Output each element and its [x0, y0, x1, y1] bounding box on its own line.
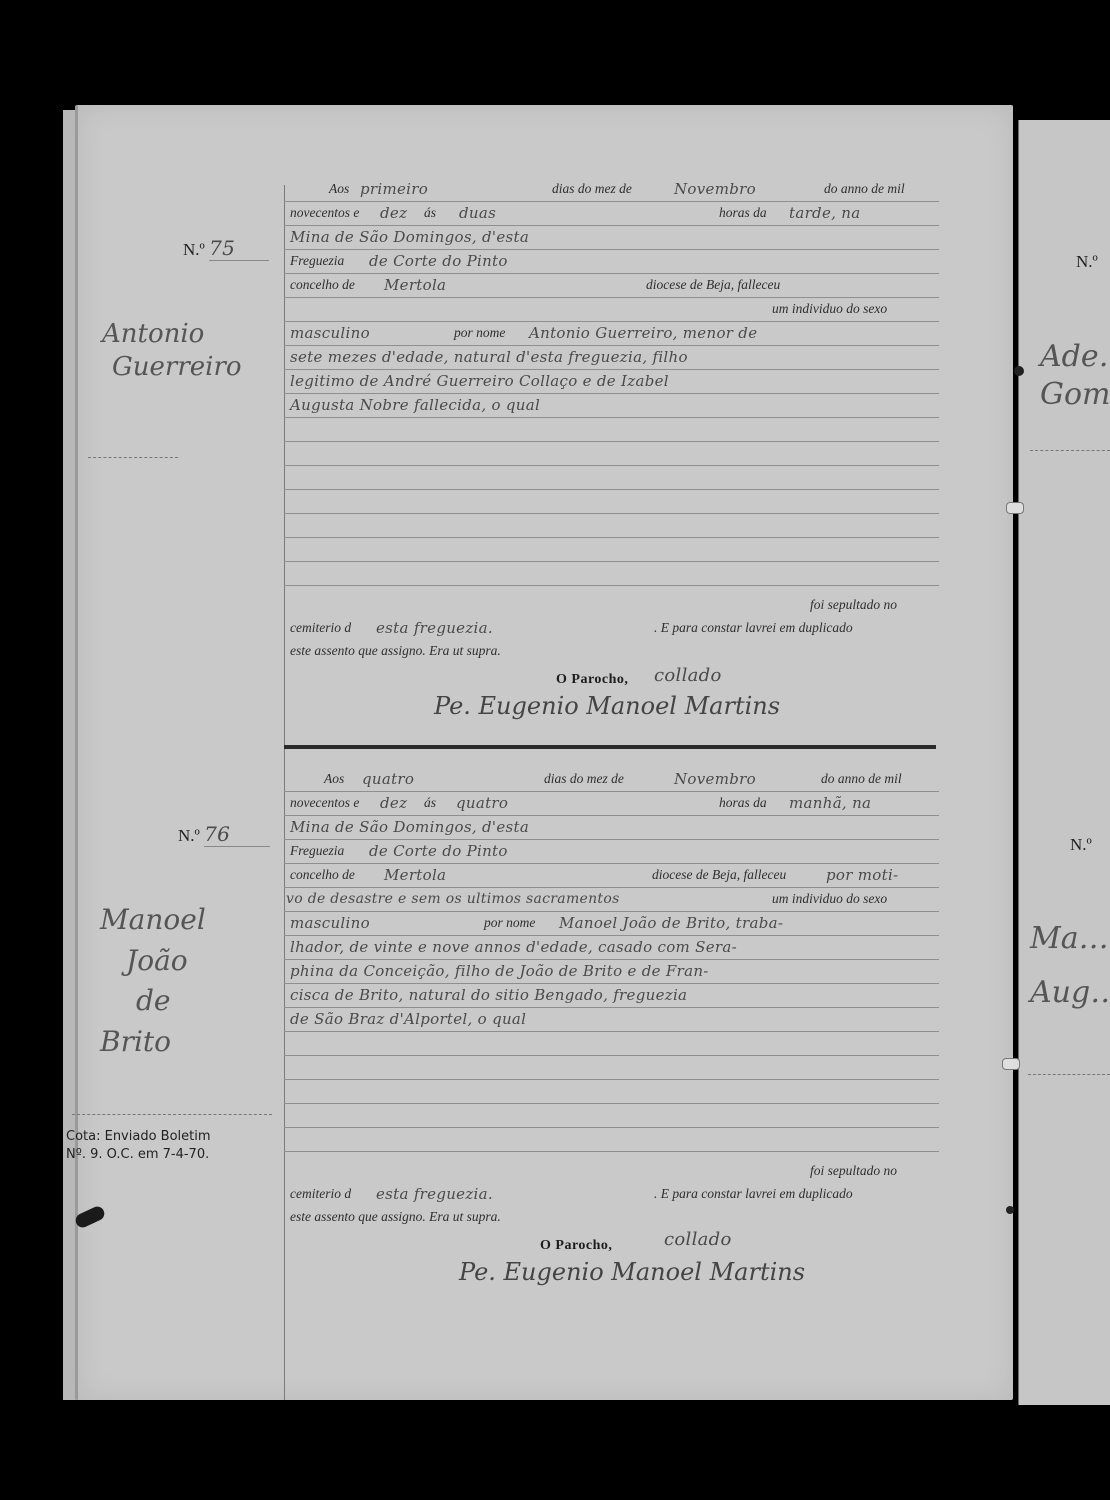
- death-record-76: Aos quatro dias do mez de Novembro do an…: [284, 768, 939, 1301]
- record-line: Mina de São Domingos, d'esta: [284, 226, 939, 250]
- record-line: foi sepultado no: [284, 1160, 939, 1183]
- facing-margin-name: Ade… Gom…: [1040, 338, 1110, 413]
- binding-tab: [1002, 1058, 1020, 1070]
- record-line: sete mezes d'edade, natural d'esta fregu…: [284, 346, 939, 370]
- record-line: masculino por nome Manoel João de Brito,…: [284, 912, 939, 936]
- blank-line: [284, 562, 939, 586]
- blank-line: [284, 538, 939, 562]
- record-line: novecentos e dez ás quatro horas da manh…: [284, 792, 939, 816]
- blank-line: [284, 514, 939, 538]
- parish-priest-signature: Pe. Eugenio Manoel Martins: [459, 1261, 805, 1283]
- record-line: Mina de São Domingos, d'esta: [284, 816, 939, 840]
- blank-line: [284, 1080, 939, 1104]
- blank-line: [284, 1104, 939, 1128]
- entry-divider: [284, 745, 936, 749]
- record-line: concelho de Mertola diocese de Beja, fal…: [284, 864, 939, 888]
- record-line: um individuo do sexo: [284, 298, 939, 322]
- record-line: foi sepultado no: [284, 594, 939, 617]
- record-line: este assento que assigno. Era ut supra.: [284, 640, 939, 663]
- binding-hole: [1014, 366, 1024, 376]
- blank-line: [284, 1032, 939, 1056]
- facing-page: [1018, 120, 1110, 1405]
- record-line: phina da Conceição, filho de João de Bri…: [284, 960, 939, 984]
- facing-number-label: N.º: [1070, 835, 1092, 855]
- record-line: este assento que assigno. Era ut supra.: [284, 1206, 939, 1229]
- wavy-separator: [1028, 1072, 1110, 1075]
- record-line: cemiterio d esta freguezia. . E para con…: [284, 1183, 939, 1206]
- blank-line: [284, 1056, 939, 1080]
- blank-line: [284, 490, 939, 514]
- record-line: Freguezia de Corte do Pinto: [284, 250, 939, 274]
- signature-line: Pe. Eugenio Manoel Martins: [284, 695, 939, 735]
- record-line: legitimo de André Guerreiro Collaço e de…: [284, 370, 939, 394]
- record-line: concelho de Mertola diocese de Beja, fal…: [284, 274, 939, 298]
- entry-number: N.º 75: [183, 236, 269, 261]
- wavy-separator: [72, 1112, 272, 1115]
- record-line: lhador, de vinte e nove annos d'edade, c…: [284, 936, 939, 960]
- record-line: Aos primeiro dias do mez de Novembro do …: [284, 178, 939, 202]
- record-line: cisca de Brito, natural do sitio Bengado…: [284, 984, 939, 1008]
- margin-name: Antonio Guerreiro: [102, 318, 242, 383]
- binding-hole: [1006, 1206, 1014, 1214]
- facing-margin-name: Ma… Aug…: [1030, 912, 1110, 1020]
- facing-number-label: N.º: [1076, 252, 1098, 272]
- record-line: Freguezia de Corte do Pinto: [284, 840, 939, 864]
- wavy-separator: [1030, 448, 1110, 451]
- parish-priest-signature: Pe. Eugenio Manoel Martins: [434, 695, 780, 717]
- blank-line: [284, 442, 939, 466]
- death-record-75: Aos primeiro dias do mez de Novembro do …: [284, 178, 939, 735]
- binding-tab: [1006, 502, 1024, 514]
- record-line: de São Braz d'Alportel, o qual: [284, 1008, 939, 1032]
- margin-name: Manoel João de Brito: [100, 900, 206, 1062]
- entry-number: N.º 76: [178, 822, 270, 847]
- blank-line: [284, 418, 939, 442]
- wavy-separator: [88, 455, 178, 458]
- record-line: masculino por nome Antonio Guerreiro, me…: [284, 322, 939, 346]
- record-line: novecentos e dez ás duas horas da tarde,…: [284, 202, 939, 226]
- blank-line: [284, 466, 939, 490]
- record-line: vo de desastre e sem os ultimos sacramen…: [284, 888, 939, 912]
- signature-line: Pe. Eugenio Manoel Martins: [284, 1261, 939, 1301]
- record-line: Augusta Nobre fallecida, o qual: [284, 394, 939, 418]
- record-line: cemiterio d esta freguezia. . E para con…: [284, 617, 939, 640]
- record-line: Aos quatro dias do mez de Novembro do an…: [284, 768, 939, 792]
- blank-line: [284, 1128, 939, 1152]
- archival-annotation: Cota: Enviado Boletim Nº. 9. O.C. em 7-4…: [66, 1128, 211, 1164]
